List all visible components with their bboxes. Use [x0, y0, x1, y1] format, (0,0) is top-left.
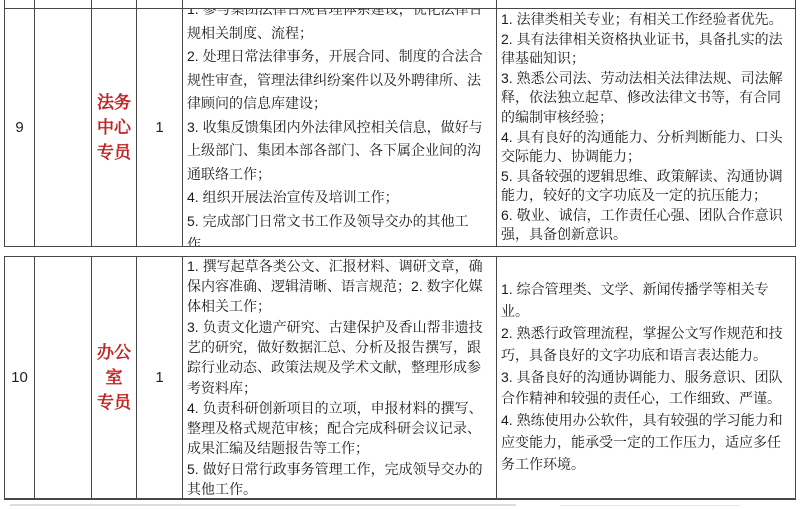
- row-number-cell: 10: [5, 257, 35, 498]
- duties-text: 1. 撰写起草各类公文、汇报材料、调研文章，确保内容准确、逻辑清晰、语言规范；2…: [183, 257, 496, 498]
- job-title-cell: 法务 中心 专员: [92, 9, 137, 246]
- requirements-text: 1. 法律类相关专业；有相关工作经验者优先。 2. 具有法律相关资格执业证书，具…: [497, 10, 795, 245]
- table-edge-artifact: [10, 504, 516, 506]
- job-row-10: 10 办公 室 专员 1 1. 撰写起草各类公文、汇报材料、调研文章，确保内容准…: [4, 256, 796, 500]
- job-title: 办公 室 专员: [97, 340, 131, 415]
- requirements-cell: 1. 综合管理类、文学、新闻传播学等相关专业。 2. 熟悉行政管理流程，掌握公文…: [497, 257, 795, 498]
- job-row-9: 9 法务 中心 专员 1 1. 参与集团法律合规管理体系建设，优化法律合规相关制…: [4, 8, 796, 247]
- row-number-cell: 9: [5, 9, 35, 246]
- duties-cell: 1. 参与集团法律合规管理体系建设，优化法律合规相关制度、流程； 2. 处理日常…: [183, 9, 497, 246]
- prev-requirements-cell: [497, 0, 795, 8]
- prev-job-title-cell: [92, 0, 137, 8]
- previous-row-partial: [4, 0, 796, 8]
- duties-cell: 1. 撰写起草各类公文、汇报材料、调研文章，确保内容准确、逻辑清晰、语言规范；2…: [183, 257, 497, 498]
- row-number: 9: [15, 119, 23, 136]
- department-cell: [35, 257, 92, 498]
- headcount-cell: 1: [137, 9, 183, 246]
- prev-headcount-cell: [137, 0, 183, 8]
- headcount: 1: [155, 369, 163, 386]
- requirements-text: 1. 综合管理类、文学、新闻传播学等相关专业。 2. 熟悉行政管理流程，掌握公文…: [497, 279, 795, 475]
- job-title: 法务 中心 专员: [97, 90, 131, 165]
- recruitment-table-sheet: 9 法务 中心 专员 1 1. 参与集团法律合规管理体系建设，优化法律合规相关制…: [0, 0, 800, 509]
- department-cell: [35, 9, 92, 246]
- table-edge-artifact: [560, 505, 740, 506]
- job-title-cell: 办公 室 专员: [92, 257, 137, 498]
- requirements-cell: 1. 法律类相关专业；有相关工作经验者优先。 2. 具有法律相关资格执业证书，具…: [497, 9, 795, 246]
- row-number: 10: [11, 369, 28, 386]
- duties-text: 1. 参与集团法律合规管理体系建设，优化法律合规相关制度、流程； 2. 处理日常…: [183, 9, 496, 246]
- prev-department-cell: [35, 0, 92, 8]
- headcount-cell: 1: [137, 257, 183, 498]
- prev-row-number-cell: [5, 0, 35, 8]
- headcount: 1: [155, 119, 163, 136]
- prev-duties-cell: [183, 0, 497, 8]
